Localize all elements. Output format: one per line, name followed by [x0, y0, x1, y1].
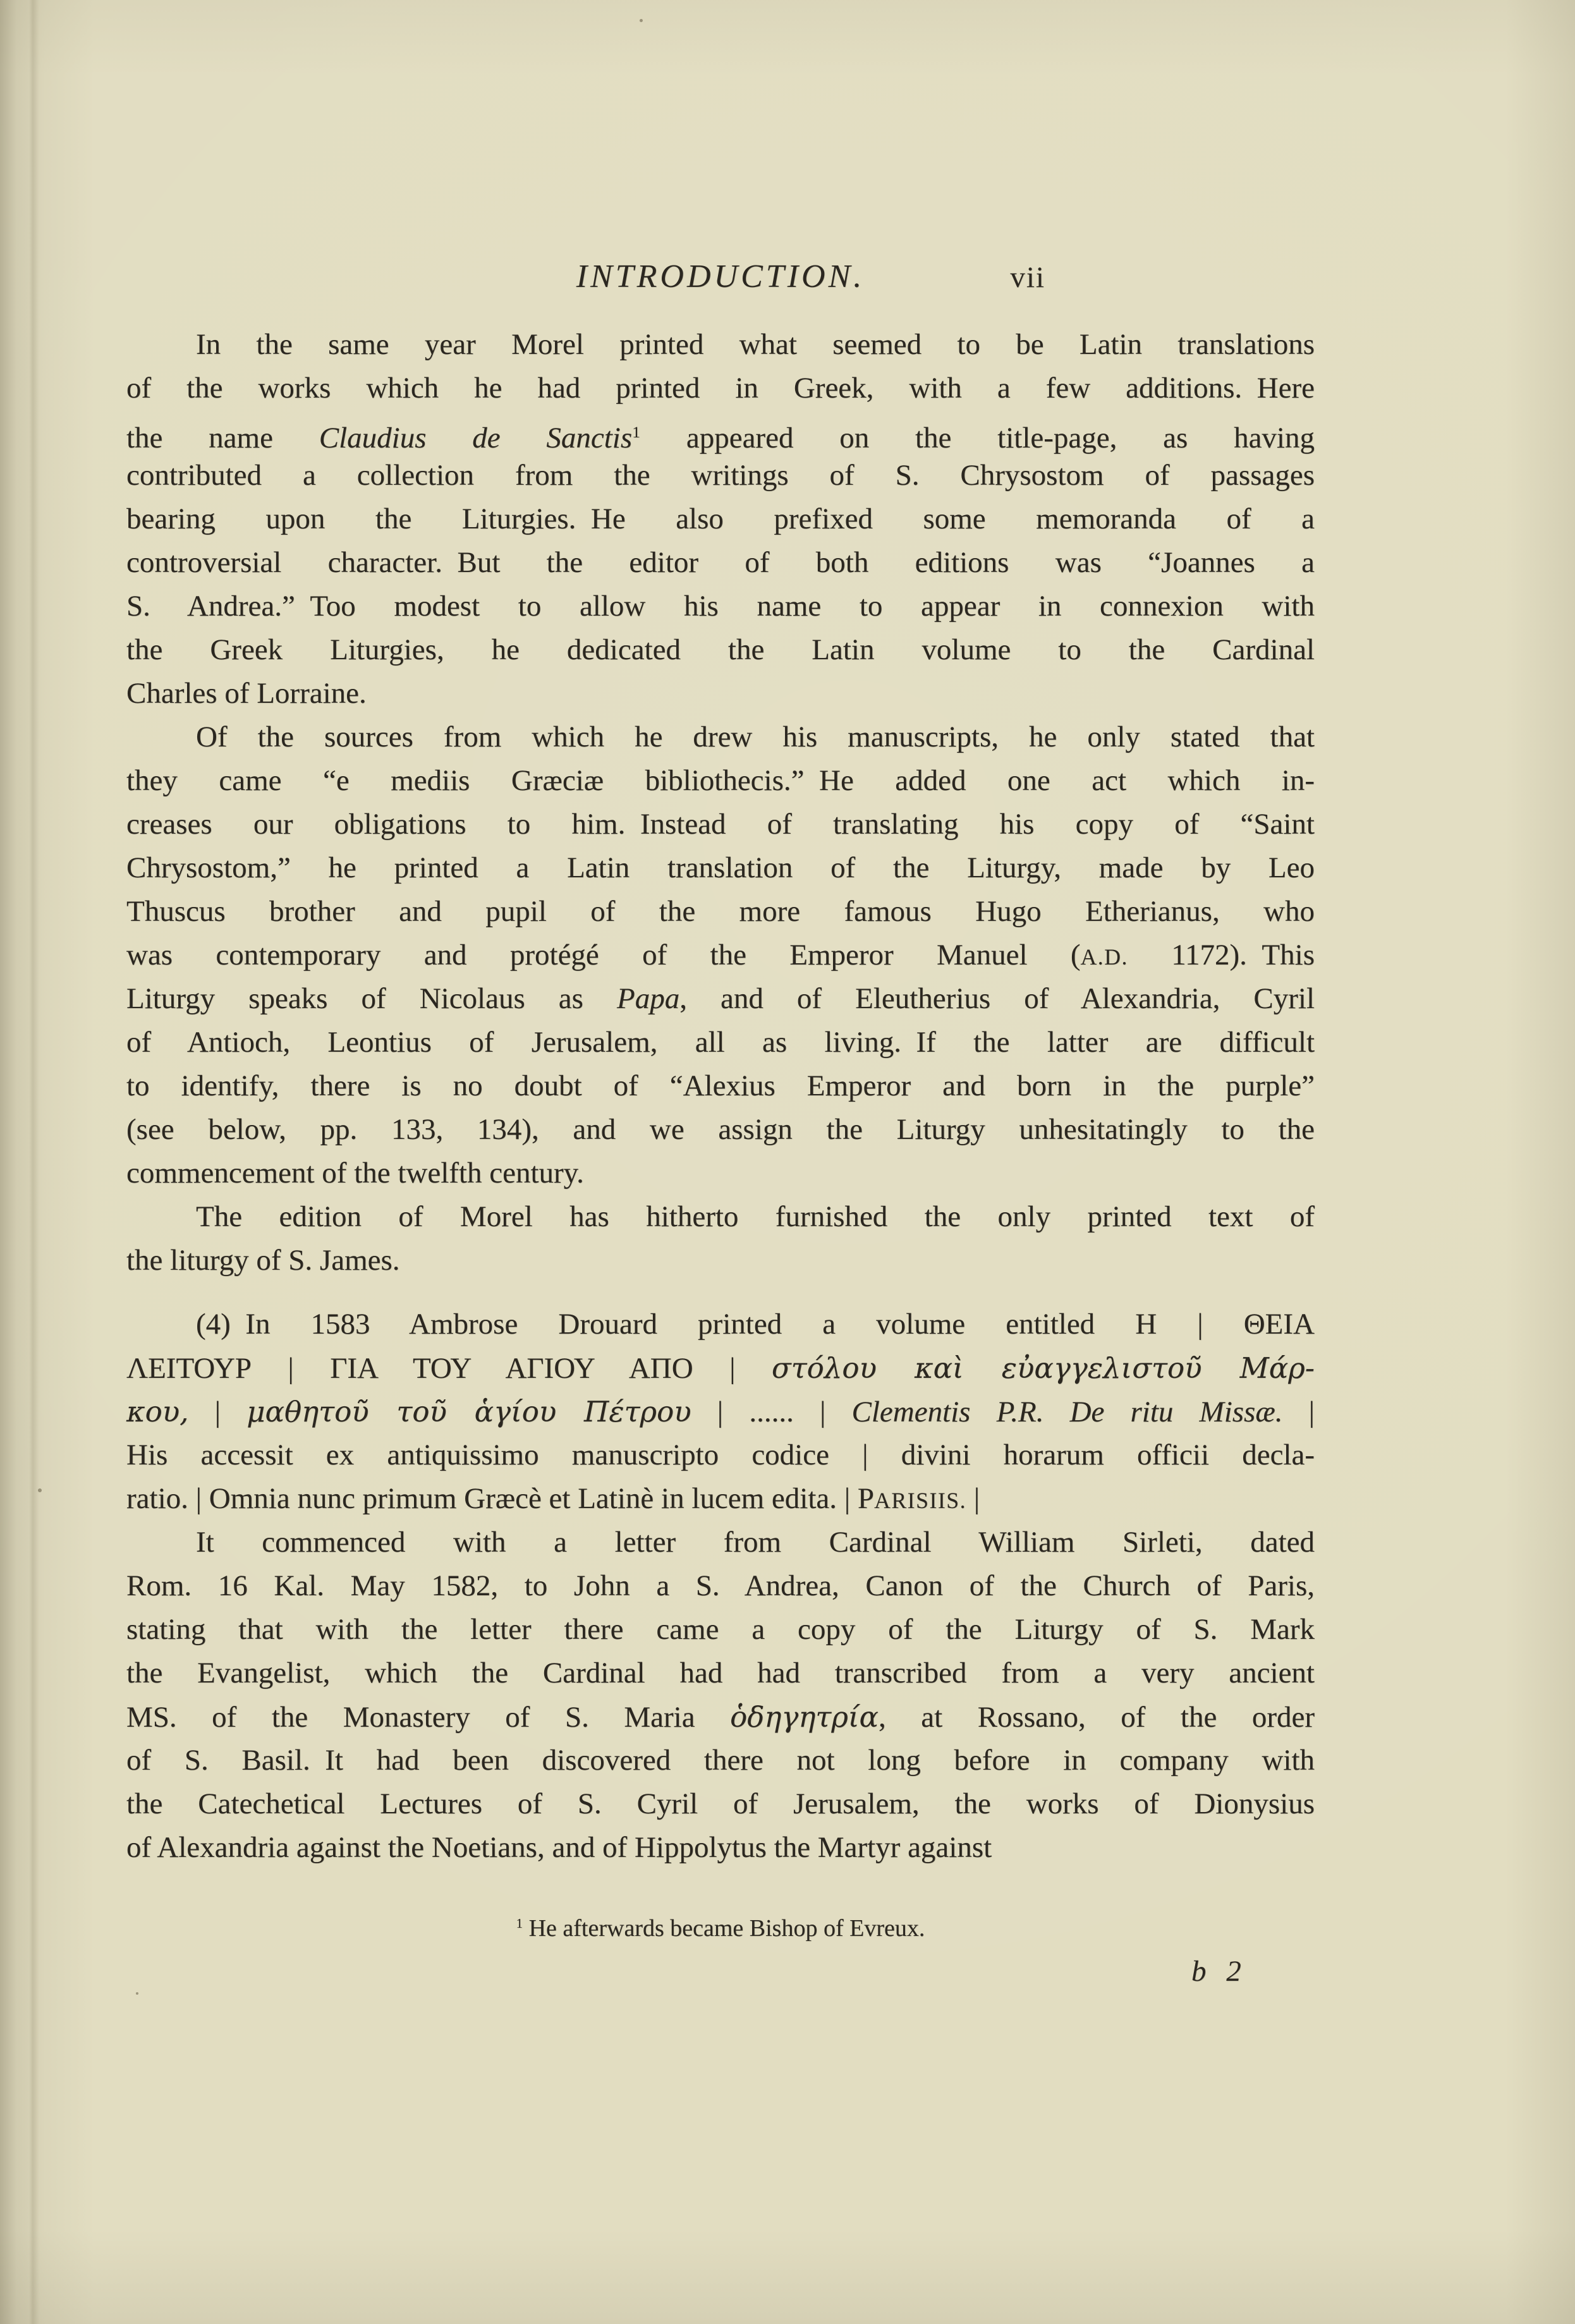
text-segment: appeared on the title-page, as having [640, 422, 1315, 454]
text-segment: Charles of Lorraine. [126, 677, 367, 710]
text-block: In the same year Morel printed what seem… [126, 323, 1315, 1870]
text-line: to identify, there is no doubt of “Alexi… [126, 1064, 1315, 1108]
text-segment: Rom. 16 Kal. May 1582, to John a S. Andr… [126, 1569, 1315, 1602]
text-line: (see below, pp. 133, 134), and we assign… [126, 1108, 1315, 1152]
text-segment: Thuscus brother and pupil of the more fa… [126, 895, 1315, 928]
text-segment: of Alexandria against the Noetians, and … [126, 1831, 992, 1864]
text-segment: the name [126, 422, 319, 454]
text-segment: commencement of the twelfth century. [126, 1157, 584, 1189]
text-line: Thuscus brother and pupil of the more fa… [126, 890, 1315, 934]
text-line: Liturgy speaks of Nicolaus as Papa, and … [126, 977, 1315, 1021]
text-segment: bearing upon the Liturgies. He also pref… [126, 502, 1315, 535]
text-line: (4) In 1583 Ambrose Drouard printed a vo… [126, 1303, 1315, 1346]
greek-text: στόλου καὶ εὐαγγελιστοῦ Μάρ- [772, 1351, 1315, 1385]
text-line: ratio. | Omnia nunc primum Græcè et Lati… [126, 1477, 1315, 1521]
text-segment: He afterwards became Bishop of Evreux. [523, 1915, 925, 1942]
footnote: 1 He afterwards became Bishop of Evreux. [126, 1907, 1315, 1939]
text-segment: ARISIIS. [874, 1488, 966, 1513]
text-line: they came “e mediis Græciæ bibliothecis.… [126, 759, 1315, 803]
text-segment: | [189, 1396, 247, 1428]
text-segment: the Evangelist, which the Cardinal had h… [126, 1657, 1315, 1689]
text-segment: | [966, 1482, 980, 1515]
text-segment: ratio. | Omnia nunc primum Græcè et Lati… [126, 1482, 858, 1515]
text-segment: (4) In 1583 Ambrose Drouard printed a vo… [196, 1308, 1315, 1341]
text-line: bearing upon the Liturgies. He also pref… [126, 497, 1315, 541]
text-line: Of the sources from which he drew his ma… [126, 715, 1315, 759]
text-line: the Greek Liturgies, he dedicated the La… [126, 628, 1315, 672]
text-segment: ΛΕΙΤΟΥΡ | ΓΙΑ ΤΟΥ ΑΓΙΟΥ ΑΠΟ | [126, 1352, 772, 1385]
text-segment: Claudius de Sanctis [319, 422, 632, 454]
text-segment: Papa [617, 982, 679, 1015]
text-line: of the works which he had printed in Gre… [126, 367, 1315, 410]
text-line: of Antioch, Leontius of Jerusalem, all a… [126, 1021, 1315, 1064]
signature-mark: b 2 [1191, 1954, 1248, 1988]
text-segment: contributed a collection from the writin… [126, 459, 1315, 492]
page-title: INTRODUCTION. [126, 258, 1315, 295]
text-segment: | [1282, 1396, 1315, 1428]
text-segment: Chrysostom,” he printed a Latin translat… [126, 851, 1315, 884]
text-line: Rom. 16 Kal. May 1582, to John a S. Andr… [126, 1564, 1315, 1608]
paper-speck [38, 1488, 42, 1492]
text-segment: , at Rossano, of the order [879, 1701, 1315, 1734]
text-line: ΛΕΙΤΟΥΡ | ΓΙΑ ΤΟΥ ΑΓΙΟΥ ΑΠΟ | στόλου καὶ… [126, 1346, 1315, 1390]
text-segment: MS. of the Monastery of S. Maria [126, 1701, 730, 1734]
text-segment: 1172). This [1128, 939, 1315, 971]
text-line: contributed a collection from the writin… [126, 454, 1315, 497]
text-segment: | ...... | [691, 1396, 852, 1428]
text-line: of S. Basil. It had been discovered ther… [126, 1739, 1315, 1782]
text-segment: the Catechetical Lectures of S. Cyril of… [126, 1787, 1315, 1820]
text-segment: Liturgy speaks of Nicolaus as [126, 982, 617, 1015]
paragraph: It commenced with a letter from Cardinal… [126, 1521, 1315, 1870]
text-line: Charles of Lorraine. [126, 672, 1315, 715]
text-line: In the same year Morel printed what seem… [126, 323, 1315, 367]
text-line: His accessit ex antiquissimo manuscripto… [126, 1433, 1315, 1477]
text-segment: of S. Basil. It had been discovered ther… [126, 1744, 1315, 1777]
text-segment: The edition of Morel has hitherto furnis… [196, 1200, 1315, 1233]
paper-speck [136, 1992, 138, 1995]
text-line: S. Andrea.” Too modest to allow his name… [126, 585, 1315, 628]
paragraph: The edition of Morel has hitherto furnis… [126, 1195, 1315, 1282]
text-segment: P [858, 1482, 874, 1515]
paper-speck [640, 19, 643, 22]
text-line: The edition of Morel has hitherto furnis… [126, 1195, 1315, 1239]
running-head: INTRODUCTION. vii [126, 0, 1315, 76]
text-segment: His accessit ex antiquissimo manuscripto… [126, 1439, 1315, 1471]
text-segment: stating that with the letter there came … [126, 1613, 1315, 1646]
text-line: controversial character. But the editor … [126, 541, 1315, 585]
book-page: INTRODUCTION. vii In the same year Morel… [0, 0, 1575, 2324]
text-line: Chrysostom,” he printed a Latin translat… [126, 846, 1315, 890]
page-number: vii [1010, 260, 1045, 295]
text-line: stating that with the letter there came … [126, 1608, 1315, 1652]
text-segment: of Antioch, Leontius of Jerusalem, all a… [126, 1026, 1315, 1059]
text-line: It commenced with a letter from Cardinal… [126, 1521, 1315, 1564]
text-segment: S. Andrea.” Too modest to allow his name… [126, 590, 1315, 623]
text-segment: Clementis P.R. De ritu Missæ. [852, 1396, 1283, 1428]
text-segment: the Greek Liturgies, he dedicated the La… [126, 633, 1315, 666]
text-line: creases our obligations to him. Instead … [126, 803, 1315, 846]
text-line: MS. of the Monastery of S. Maria ὁδηγητρ… [126, 1695, 1315, 1739]
text-segment: they came “e mediis Græciæ bibliothecis.… [126, 764, 1315, 797]
greek-text: ὁδηγητρία [730, 1700, 879, 1734]
text-segment: , and of Eleutherius of Alexandria, Cyri… [679, 982, 1315, 1015]
paragraph: Of the sources from which he drew his ma… [126, 715, 1315, 1195]
text-line: the Evangelist, which the Cardinal had h… [126, 1652, 1315, 1695]
text-segment: was contemporary and protégé of the Empe… [126, 939, 1081, 971]
text-segment: It commenced with a letter from Cardinal… [196, 1526, 1315, 1559]
text-line: 1 He afterwards became Bishop of Evreux. [126, 1907, 1315, 1939]
text-line: κου, | μαθητοῦ τοῦ ἁγίου Πέτρου | ......… [126, 1390, 1315, 1433]
paragraph: In the same year Morel printed what seem… [126, 323, 1315, 715]
text-segment: 1 [516, 1916, 523, 1931]
greek-text: μαθητοῦ τοῦ ἁγίου Πέτρου [246, 1395, 691, 1428]
text-line: was contemporary and protégé of the Empe… [126, 934, 1315, 977]
text-segment: Of the sources from which he drew his ma… [196, 721, 1315, 753]
text-segment: In the same year Morel printed what seem… [196, 328, 1315, 361]
text-segment: (see below, pp. 133, 134), and we assign… [126, 1113, 1315, 1146]
greek-text: κου, [126, 1395, 189, 1428]
text-line: the liturgy of S. James. [126, 1239, 1315, 1282]
text-segment: of the works which he had printed in Gre… [126, 372, 1315, 405]
text-line: the name Claudius de Sanctis1 appeared o… [126, 410, 1315, 454]
text-line: of Alexandria against the Noetians, and … [126, 1826, 1315, 1870]
text-segment: creases our obligations to him. Instead … [126, 808, 1315, 841]
text-segment: the liturgy of S. James. [126, 1244, 400, 1277]
text-segment: 1 [632, 423, 640, 441]
text-line: commencement of the twelfth century. [126, 1152, 1315, 1195]
text-segment: A.D. [1081, 944, 1128, 970]
text-line: the Catechetical Lectures of S. Cyril of… [126, 1782, 1315, 1826]
paragraph: (4) In 1583 Ambrose Drouard printed a vo… [126, 1303, 1315, 1521]
text-segment: controversial character. But the editor … [126, 546, 1315, 579]
text-segment: to identify, there is no doubt of “Alexi… [126, 1069, 1315, 1102]
